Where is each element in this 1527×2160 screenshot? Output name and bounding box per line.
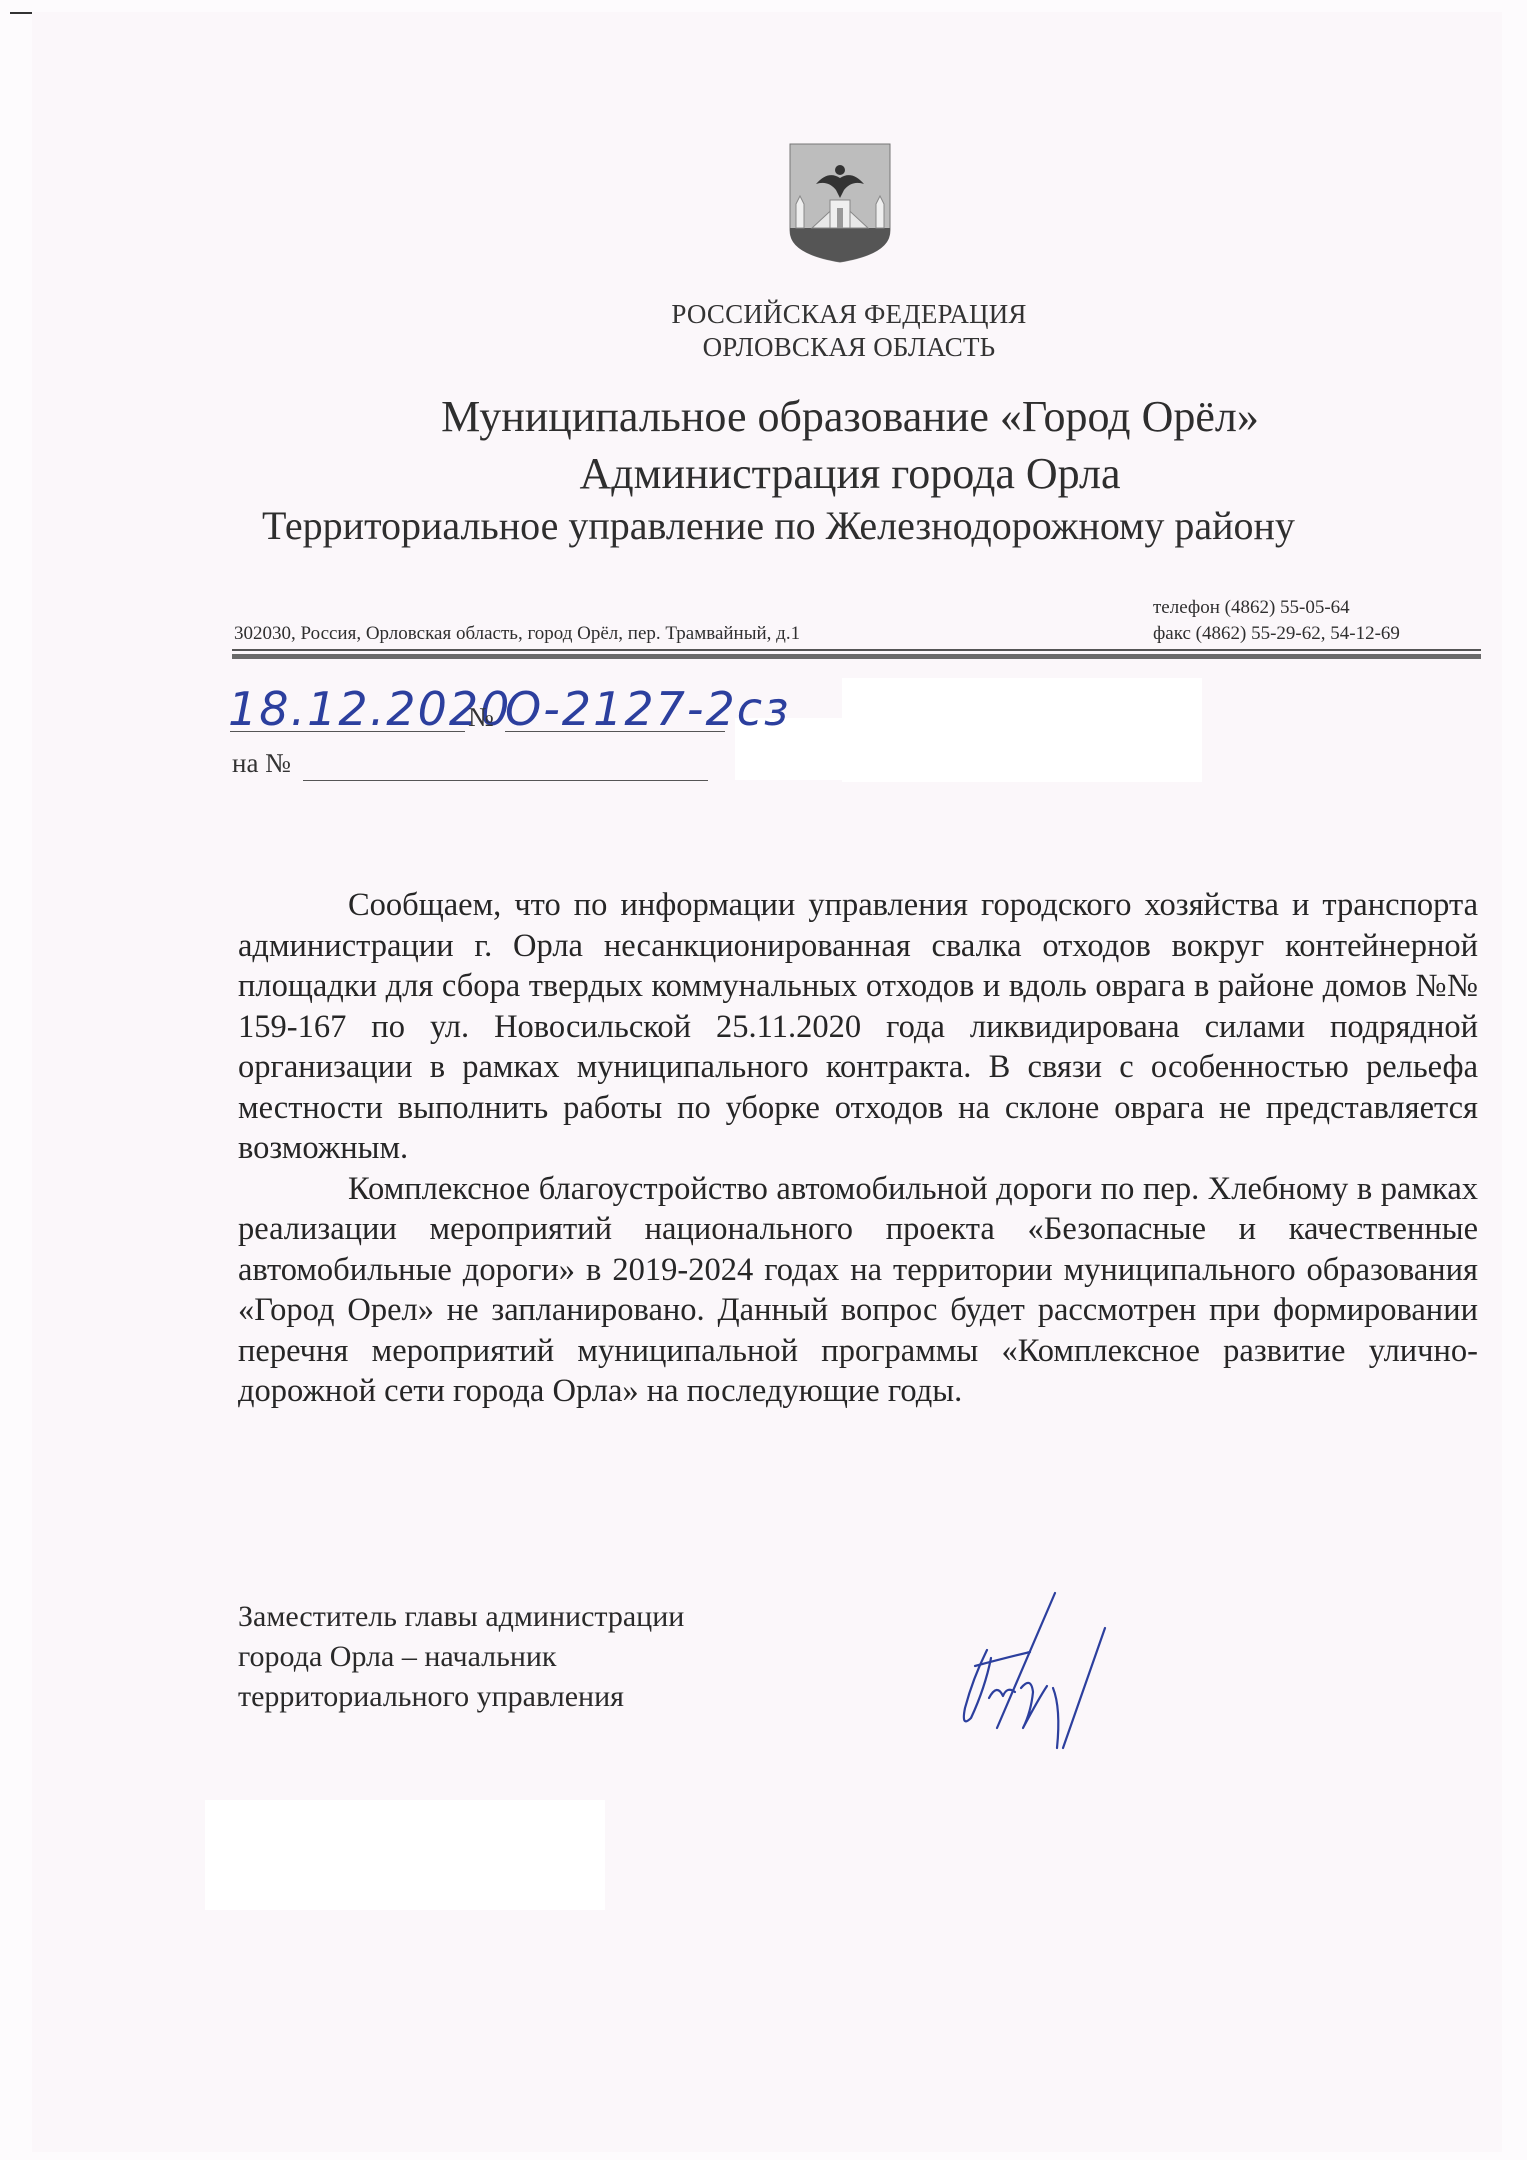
handwritten-signature-icon — [935, 1588, 1125, 1753]
body-paragraph-2: Комплексное благоустройство автомобильно… — [238, 1169, 1478, 1412]
scan-corner-mark — [10, 12, 32, 14]
header-country: РОССИЙСКАЯ ФЕДЕРАЦИЯ — [0, 298, 1527, 331]
date-underline — [230, 731, 465, 732]
header-municipality: Муниципальное образование «Город Орёл» — [0, 391, 1527, 443]
letter-body: Сообщаем, что по информации управления г… — [238, 885, 1478, 1412]
reply-to-underline — [303, 780, 708, 781]
body-paragraph-1: Сообщаем, что по информации управления г… — [238, 885, 1478, 1169]
fax: факс (4862) 55-29-62, 54-12-69 — [1153, 623, 1400, 645]
signatory-title-line: города Орла – начальник — [238, 1637, 684, 1677]
redacted-footer-box — [205, 1800, 605, 1910]
reply-to-label: на № — [232, 748, 291, 779]
header-rule-thin — [232, 649, 1481, 651]
number-underline — [505, 731, 725, 732]
phone: телефон (4862) 55-05-64 — [1153, 597, 1350, 619]
signatory-title: Заместитель главы администрации города О… — [238, 1597, 684, 1717]
signatory-title-line: территориального управления — [238, 1677, 684, 1717]
number-label: № — [468, 702, 494, 733]
signatory-title-line: Заместитель главы администрации — [238, 1597, 684, 1637]
header-rule-thick — [232, 654, 1481, 659]
address: 302030, Россия, Орловская область, город… — [234, 623, 800, 645]
redacted-recipient-box — [842, 678, 1202, 782]
orel-coat-of-arms-icon — [788, 142, 892, 264]
header-region: ОРЛОВСКАЯ ОБЛАСТЬ — [0, 331, 1527, 364]
header-department: Территориальное управление по Железнодор… — [262, 502, 1295, 550]
registration-number: О-2127-2сз — [505, 682, 791, 736]
header-administration: Администрация города Орла — [0, 448, 1527, 500]
